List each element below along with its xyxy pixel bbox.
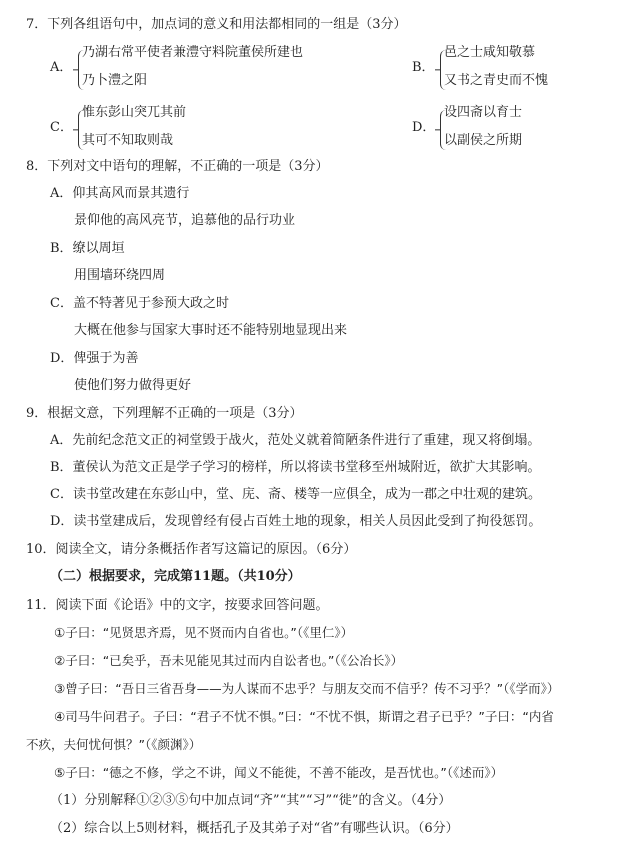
option-line-2: 乃卜澧之阳: [82, 72, 147, 90]
q11-subquestion-1: （1）分别解释①②③⑤句中加点词“齐”“其”“习”“徙”的含义。（4分）: [50, 792, 451, 810]
option-line-2: 其可不知取则哉: [82, 132, 173, 150]
q8-option-b-translation: 用围墙环绕四周: [74, 267, 165, 285]
q9-option-a: A．先前纪念范文正的祠堂毁于战火，范处义就着简陋条件进行了重建，现又将倒塌。: [50, 432, 540, 450]
option-label: B．: [50, 241, 73, 256]
section-2-heading: （二）根据要求，完成第11题。（共10分）: [50, 568, 301, 586]
question-11-stem: 11．阅读下面《论语》中的文字，按要求回答问题。: [26, 597, 329, 615]
q11-subquestion-2: （2）综合以上5则材料，概括孔子及其弟子对“省”有哪些认识。（6分）: [50, 820, 459, 838]
option-label: B．: [412, 59, 435, 77]
q7-option-a: A． 乃湖右常平使者兼澧守料院董侯所建也 乃卜澧之阳: [50, 44, 350, 94]
option-line-1: 乃湖右常平使者兼澧守料院董侯所建也: [82, 44, 303, 62]
option-label: A．: [50, 186, 72, 201]
option-label: A．: [50, 59, 72, 77]
option-line-1: 邑之士咸知敬慕: [444, 44, 535, 62]
option-text: 俾强于为善: [73, 351, 138, 366]
q7-option-b: B． 邑之士咸知敬慕 又书之青史而不愧: [412, 44, 612, 94]
option-label: C．: [50, 119, 73, 137]
q11-quote-2: ②子曰：“已矣乎，吾未见能见其过而内自讼者也。”（《公冶长》）: [54, 652, 403, 670]
option-text: 盖不特著见于参预大政之时: [73, 296, 229, 311]
q9-option-d: D．读书堂建成后，发现曾经有侵占百姓土地的现象，相关人员因此受到了拘役惩罚。: [50, 513, 541, 531]
q8-option-a: A．仰其高风而景其遗行: [50, 185, 189, 203]
q9-option-b: B．董侯认为范文正是学子学习的榜样，所以将读书堂移至州城附近，欲扩大其影响。: [50, 459, 541, 477]
question-8-stem: 8．下列对文中语句的理解，不正确的一项是（3分）: [26, 158, 329, 176]
q11-quote-4: ④司马牛问君子。子曰：“君子不忧不惧。”曰：“不忧不惧，斯谓之君子已乎？”子曰：…: [54, 708, 554, 726]
option-line-2: 又书之青史而不愧: [444, 72, 548, 90]
option-text: 缭以周垣: [73, 241, 125, 256]
q8-option-c: C．盖不特著见于参预大政之时: [50, 295, 229, 313]
option-label: D．: [50, 351, 73, 366]
q7-option-d: D． 设四斋以育士 以副侯之所期: [412, 104, 612, 154]
q11-quote-3: ③曾子曰：“吾日三省吾身——为人谋而不忠乎？与朋友交而不信乎？传不习乎？”（《学…: [54, 680, 559, 698]
option-line-2: 以副侯之所期: [444, 132, 522, 150]
question-9-stem: 9．根据文意，下列理解不正确的一项是（3分）: [26, 405, 303, 423]
q11-quote-4-continued: 不疚，夫何忧何惧？”（《颜渊》）: [26, 736, 201, 754]
question-10-stem: 10．阅读全文，请分条概括作者写这篇记的原因。（6分）: [26, 541, 356, 559]
q8-option-c-translation: 大概在他参与国家大事时还不能特别地显现出来: [74, 322, 347, 340]
q8-option-a-translation: 景仰他的高风亮节，追慕他的品行功业: [74, 212, 295, 230]
option-line-1: 设四斋以育士: [444, 104, 522, 122]
q11-quote-1: ①子曰：“见贤思齐焉，见不贤而内自省也。”（《里仁》）: [54, 624, 353, 642]
option-line-1: 惟东彭山突兀其前: [82, 104, 186, 122]
option-label: C．: [50, 296, 73, 311]
q9-option-c: C．读书堂改建在东彭山中，堂、庑、斋、楼等一应俱全，成为一郡之中壮观的建筑。: [50, 486, 541, 504]
option-label: D．: [412, 119, 435, 137]
q8-option-b: B．缭以周垣: [50, 240, 125, 258]
q7-option-c: C． 惟东彭山突兀其前 其可不知取则哉: [50, 104, 350, 154]
q8-option-d: D．俾强于为善: [50, 350, 138, 368]
q8-option-d-translation: 使他们努力做得更好: [74, 377, 191, 395]
q11-quote-5: ⑤子曰：“德之不修，学之不讲，闻义不能徙，不善不能改，是吾忧也。”（《述而》）: [54, 764, 503, 782]
question-7-stem: 7．下列各组语句中，加点词的意义和用法都相同的一组是（3分）: [26, 16, 407, 34]
option-text: 仰其高风而景其遗行: [72, 186, 189, 201]
